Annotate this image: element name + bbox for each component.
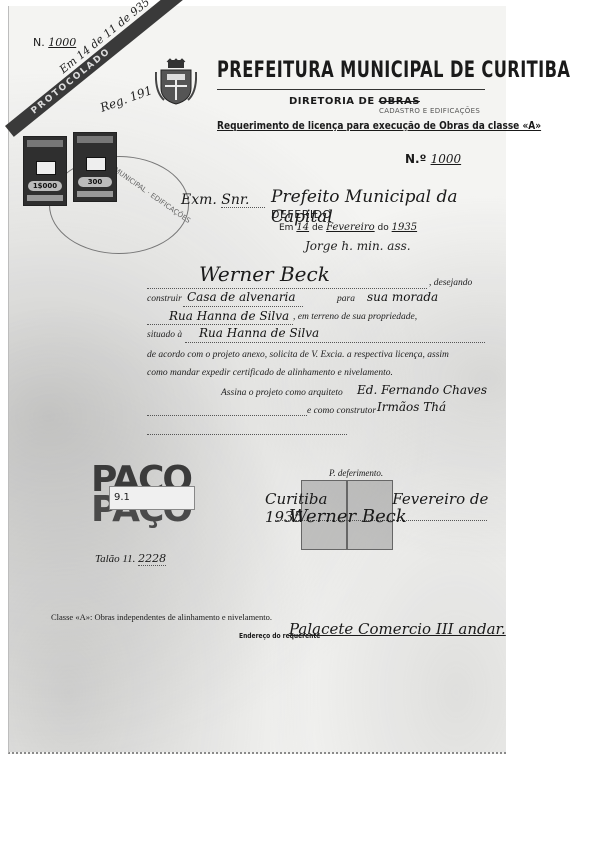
top-protocol-number: N. 1000 [33, 36, 76, 49]
approval-date-month: Fevereiro [326, 222, 375, 233]
separator-line [147, 434, 347, 435]
diagonal-protocol-note-2: Reg. 191 [98, 83, 154, 115]
construir-line [183, 306, 303, 307]
revenue-stamp: 1$000 [23, 136, 67, 206]
situado-label: situado à [147, 330, 182, 340]
applicant-line [147, 288, 427, 289]
top-number-value: 1000 [48, 36, 76, 49]
location-value: Rua Hanna de Silva [169, 309, 289, 323]
approval-note: Jorge h. min. ass. [305, 239, 411, 253]
directorate-struck: OBRAS [379, 96, 420, 107]
paco-stamp-box: 9.1 [109, 486, 195, 510]
salutation-line [221, 207, 265, 208]
document-page: PROTOCOLADO N. 1000 Em 14 de 11 de 935 R… [8, 6, 506, 754]
approval-date: Em 14 de Fevereiro do 1935 [279, 222, 417, 233]
city-date-de: de [470, 490, 488, 508]
approval-date-day: 14 [296, 222, 309, 233]
talao-value: 2228 [138, 552, 166, 566]
addressee: Prefeito Municipal da Capital [271, 187, 506, 227]
request-number: N.º 1000 [405, 152, 461, 166]
approval-date-year: 1935 [392, 222, 417, 233]
talao-label: Talão 11. [95, 553, 135, 565]
approval-date-do: do [378, 223, 389, 233]
title-underline [217, 89, 485, 90]
request-number-label: N.º [405, 152, 426, 166]
situado-line [185, 342, 485, 343]
builder-pre-line [147, 415, 307, 416]
top-number-label: N. [33, 36, 45, 49]
body-text-2: como mandar expedir certificado de alinh… [147, 368, 393, 378]
body-text-1: de acordo com o projeto anexo, solicita … [147, 350, 449, 360]
situado-value: Rua Hanna de Silva [199, 326, 319, 340]
approval-date-prefix: Em [279, 223, 293, 233]
approval-stamp: DEFERIDO [271, 208, 332, 221]
salutation: Exm. Snr. [181, 192, 250, 208]
coat-of-arms-icon [155, 58, 197, 106]
request-title: Requerimento de licença para execução de… [217, 119, 541, 132]
footer-classe: Classe «A»: Obras independentes de alinh… [51, 612, 272, 622]
revenue-stamp-value: 300 [78, 177, 112, 187]
para-label: para [337, 294, 355, 304]
talao: Talão 11. 2228 [95, 552, 166, 565]
construir-value: Casa de alvenaria [187, 290, 296, 304]
architect-label: Assina o projeto como arquiteto [221, 388, 343, 398]
page-title: PREFEITURA MUNICIPAL DE CURITIBA [217, 58, 570, 83]
directorate-prefix: DIRETORIA DE [289, 96, 375, 107]
construir-label: construir [147, 294, 182, 304]
location-line [147, 324, 293, 325]
applicant-signature: Werner Beck [289, 506, 407, 527]
revenue-stamp: 300 [73, 132, 117, 202]
address-value: Palacete Comercio III andar. [289, 620, 506, 638]
para-value: sua morada [367, 290, 438, 304]
p-deferimento: P. deferimento. [329, 468, 383, 478]
sub-department: CADASTRO E EDIFICAÇÕES [379, 107, 480, 115]
request-number-value: 1000 [431, 152, 462, 166]
builder-value: Irmãos Thá [377, 400, 446, 414]
desejando-label: , desejando [429, 278, 472, 288]
applicant-name: Werner Beck [199, 262, 330, 286]
architect-value: Ed. Fernando Chaves [357, 383, 487, 397]
approval-date-de: de [312, 223, 323, 233]
directorate: DIRETORIA DE OBRAS [289, 96, 420, 107]
builder-label: e como construtor [307, 406, 376, 416]
revenue-stamp-value: 1$000 [28, 181, 62, 191]
terreno-label: , em terreno de sua propriedade, [293, 312, 417, 322]
